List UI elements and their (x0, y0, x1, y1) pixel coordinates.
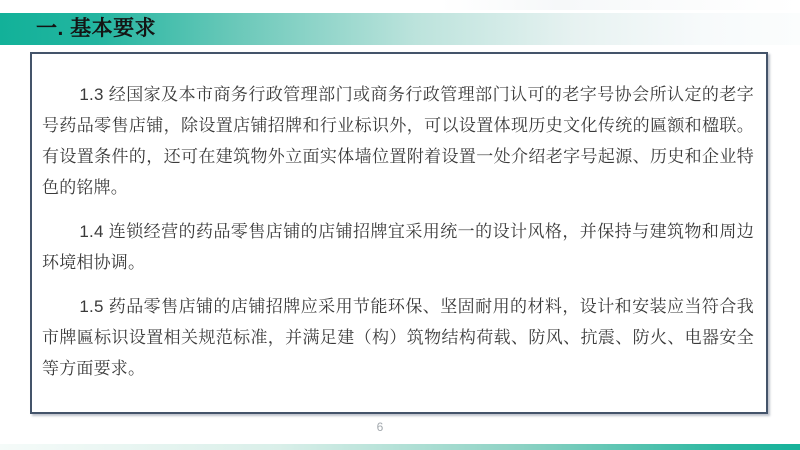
bottom-strip-decoration (0, 444, 800, 450)
top-hairline-decoration (0, 0, 800, 10)
page-number: 6 (0, 420, 760, 434)
paragraph-1-4: 1.4 连锁经营的药品零售店铺的店铺招牌宜采用统一的设计风格，并保持与建筑物和周… (42, 216, 754, 278)
presentation-slide: 一. 基本要求 1.3 经国家及本市商务行政管理部门或商务行政管理部门认可的老字… (0, 0, 800, 450)
content-body: 1.3 经国家及本市商务行政管理部门或商务行政管理部门认可的老字号协会所认定的老… (32, 54, 766, 384)
slide-title: 一. 基本要求 (36, 13, 156, 45)
paragraph-1-5: 1.5 药品零售店铺的店铺招牌应采用节能环保、坚固耐用的材料，设计和安装应当符合… (42, 291, 754, 384)
paragraph-1-3: 1.3 经国家及本市商务行政管理部门或商务行政管理部门认可的老字号协会所认定的老… (42, 79, 754, 203)
title-bar: 一. 基本要求 (0, 13, 800, 45)
content-box: 1.3 经国家及本市商务行政管理部门或商务行政管理部门认可的老字号协会所认定的老… (30, 52, 768, 414)
